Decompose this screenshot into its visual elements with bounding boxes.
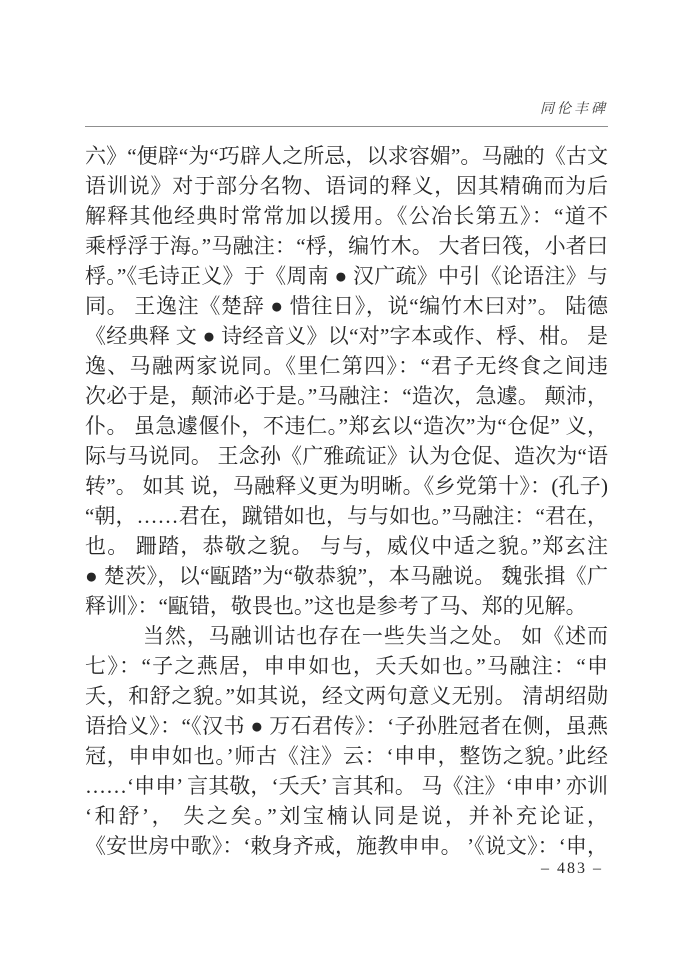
body-text-block: 六》“便辟“为“巧辟人之所忌，以求容媚”。马融的《古文论 语训说》对于部分名物、… <box>85 141 608 861</box>
text-line: 也。 跚踏，恭敬之貌。 与与，威仪中适之貌。”郑玄注《毛诗 <box>85 531 608 561</box>
text-line: 《经典释 文 ● 诗经音义》以“对”字本或作、桴、柑。 是王 <box>85 321 608 351</box>
text-line: 次必于是，颠沛必于是。”马融注：“造次，急遽。 颠沛，偃 <box>85 381 608 411</box>
text-line: 际与马说同。 王念孙《广雅疏证》认为仓促、造次为“语之 <box>85 441 608 471</box>
text-line: 语拾义》：“《汉书 ● 万石君传》：‘子孙胜冠者在侧，虽燕必 <box>85 711 608 741</box>
header-divider-rule <box>85 126 608 127</box>
text-line-paragraph-start: 当然，马融训诂也存在一些失当之处。 如《述而第 <box>85 621 608 651</box>
text-line: 仆。 虽急遽偃仆，不违仁。”郑玄以“造次”为“仓促” 义，实 <box>85 411 608 441</box>
text-line: 桴。”《毛诗正义》于《周南 ● 汉广疏》中引《论语注》与此 <box>85 261 608 291</box>
text-line: ……‘申申’ 言其敬，‘夭夭’ 言其和。 马《注》‘申申’ 亦训 <box>85 771 608 801</box>
running-header-title: 同伦丰碑 <box>85 98 608 118</box>
book-page: 同伦丰碑 六》“便辟“为“巧辟人之所忌，以求容媚”。马融的《古文论 语训说》对于… <box>0 0 692 968</box>
text-line: “朝，……君在，蹴错如也，与与如也。”马融注：“君在，视朝 <box>85 501 608 531</box>
text-line: 逸、马融两家说同。《里仁第四》：“君子无终食之间违仁，造 <box>85 351 608 381</box>
text-line: 七》：“子之燕居，申申如也，夭夭如也。”马融注：“申申、夭 <box>85 651 608 681</box>
text-line: ‘和舒’， 失之矣。”刘宝楠认同是说，并补充论证，说：“汉 <box>85 801 608 831</box>
text-line: 冠，申申如也。’师古《注》云：‘申申，整饬之貌。’此经记者 <box>85 741 608 771</box>
text-line: 《安世房中歌》：‘敕身齐戒，施教申申。 ’《说文》：‘申，神 <box>85 831 608 861</box>
text-line: 乘桴浮于海。”马融注：“桴，编竹木。 大者曰筏，小者曰 <box>85 231 608 261</box>
text-line: 转”。 如其 说，马融释义更为明晰。《乡党第十》：(孔子) <box>85 471 608 501</box>
text-line: 解释其他经典时常常加以援用。《公冶长第五》：“道不行， <box>85 201 608 231</box>
page-number: – 483 – <box>85 860 603 878</box>
text-line: 同。 王逸注《楚辞 ● 惜往日》，说“编竹木曰对”。 陆德明 <box>85 291 608 321</box>
text-line-paragraph-end: 释训》：“甌错，敬畏也。”这也是参考了马、郑的见解。 <box>85 591 608 621</box>
text-line: 语训说》对于部分名物、语词的释义，因其精确而为后儒在 <box>85 171 608 201</box>
text-line: 六》“便辟“为“巧辟人之所忌，以求容媚”。马融的《古文论 <box>85 141 608 171</box>
text-line: 夭，和舒之貌。”如其说，经文两句意义无别。 清胡绍勋《论 <box>85 681 608 711</box>
text-line: ● 楚茨》，以“甌踏”为“敬恭貌”，本马融说。 魏张揖《广雅. <box>85 561 608 591</box>
